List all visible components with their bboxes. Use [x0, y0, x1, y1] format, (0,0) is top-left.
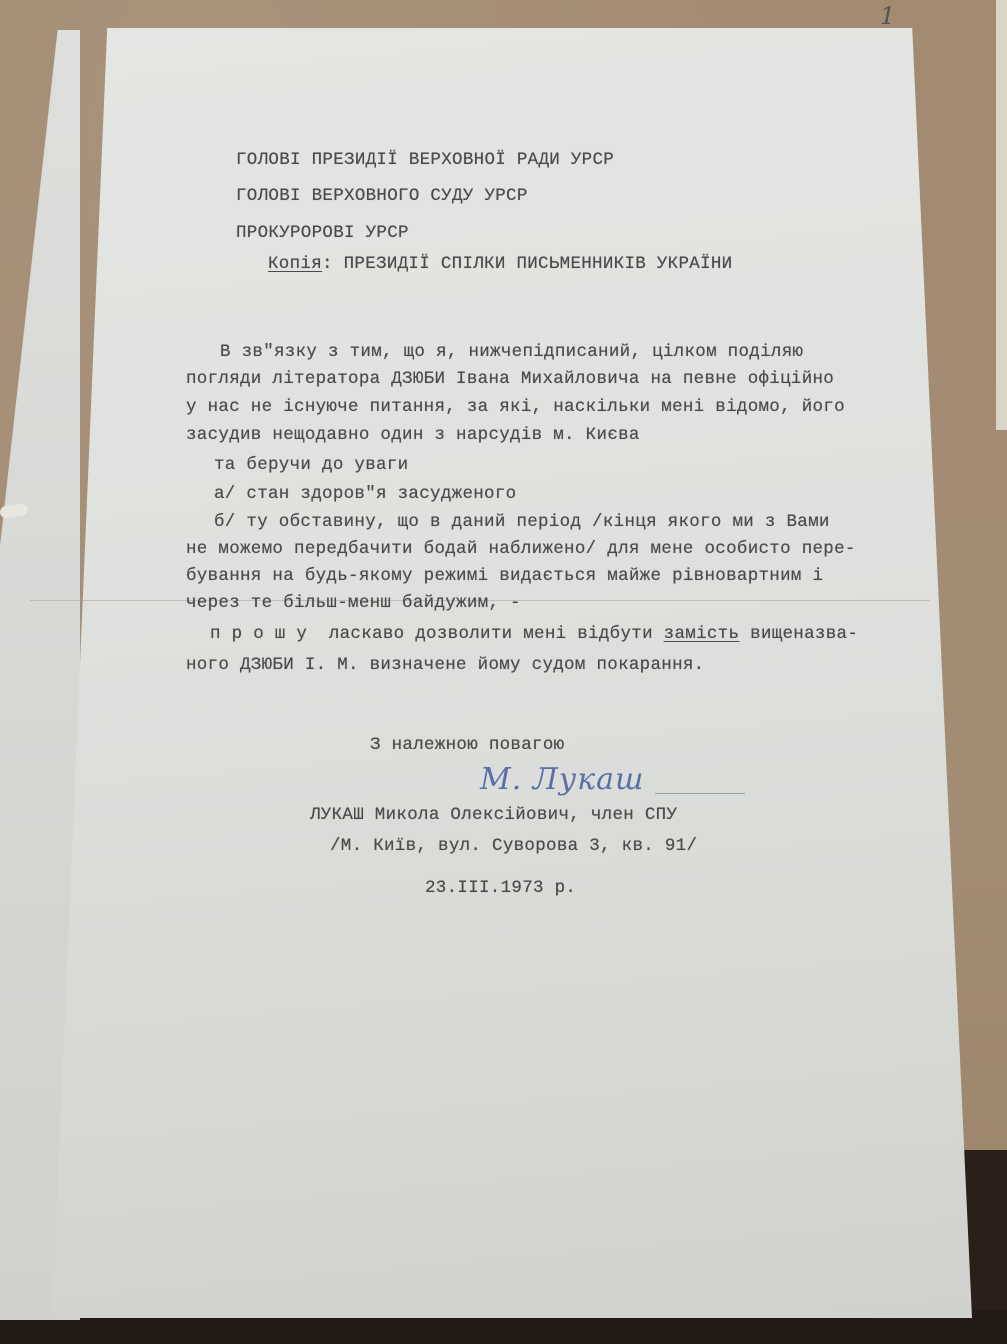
- handwritten-page-number: 1: [880, 2, 895, 30]
- body-line: В зв"язку з тим, що я, нижчепідписаний, …: [220, 342, 803, 362]
- copy-recipient: : ПРЕЗИДІЇ СПІЛКИ ПИСЬМЕННИКІВ УКРАЇНИ: [322, 254, 732, 274]
- request-text: п р о ш у ласкаво дозволити мені відбути: [210, 624, 664, 644]
- copy-line: Копія: ПРЕЗИДІЇ СПІЛКИ ПИСЬМЕННИКІВ УКРА…: [268, 254, 732, 274]
- signer-address: /М. Київ, вул. Суворова 3, кв. 91/: [330, 836, 697, 856]
- body-line: у нас не існуюче питання, за які, наскіл…: [186, 397, 845, 417]
- addressee-line: ГОЛОВІ ПРЕЗИДІЇ ВЕРХОВНОЇ РАДИ УРСР: [236, 150, 614, 170]
- body-line: погляди літератора ДЗЮБИ Івана Михайлови…: [186, 369, 834, 389]
- closing-line: З належною повагою: [370, 735, 564, 755]
- addressee-line: ГОЛОВІ ВЕРХОВНОГО СУДУ УРСР: [236, 186, 528, 206]
- body-line: через те більш-менш байдужим, -: [186, 593, 521, 613]
- body-line: не можемо передбачити бодай наближено/ д…: [186, 539, 856, 559]
- handwritten-signature: М. Лукаш: [480, 762, 644, 797]
- body-line: та беручи до уваги: [214, 455, 408, 475]
- addressee-line: ПРОКУРОРОВІ УРСР: [236, 223, 409, 243]
- letter-date: 23.III.1973 р.: [425, 878, 576, 898]
- body-line: бування на будь-якому режимі видається м…: [186, 566, 823, 586]
- signer-name: ЛУКАШ Микола Олексійович, член СПУ: [310, 805, 677, 825]
- adjacent-folder-edge: [996, 0, 1007, 430]
- body-line: засудив нещодавно один з нарсудів м. Киє…: [186, 425, 640, 445]
- request-line: п р о ш у ласкаво дозволити мені відбути…: [210, 624, 858, 644]
- body-line: б/ ту обставину, що в даний період /кінц…: [214, 512, 830, 532]
- body-line: ного ДЗЮБИ І. М. визначене йому судом по…: [186, 655, 704, 675]
- copy-label: Копія: [268, 254, 322, 274]
- emphasized-word: замість: [664, 624, 740, 644]
- signature-underline: [655, 793, 745, 794]
- body-line: а/ стан здоров"я засудженого: [214, 484, 516, 504]
- request-text-end: вищеназва-: [739, 624, 858, 644]
